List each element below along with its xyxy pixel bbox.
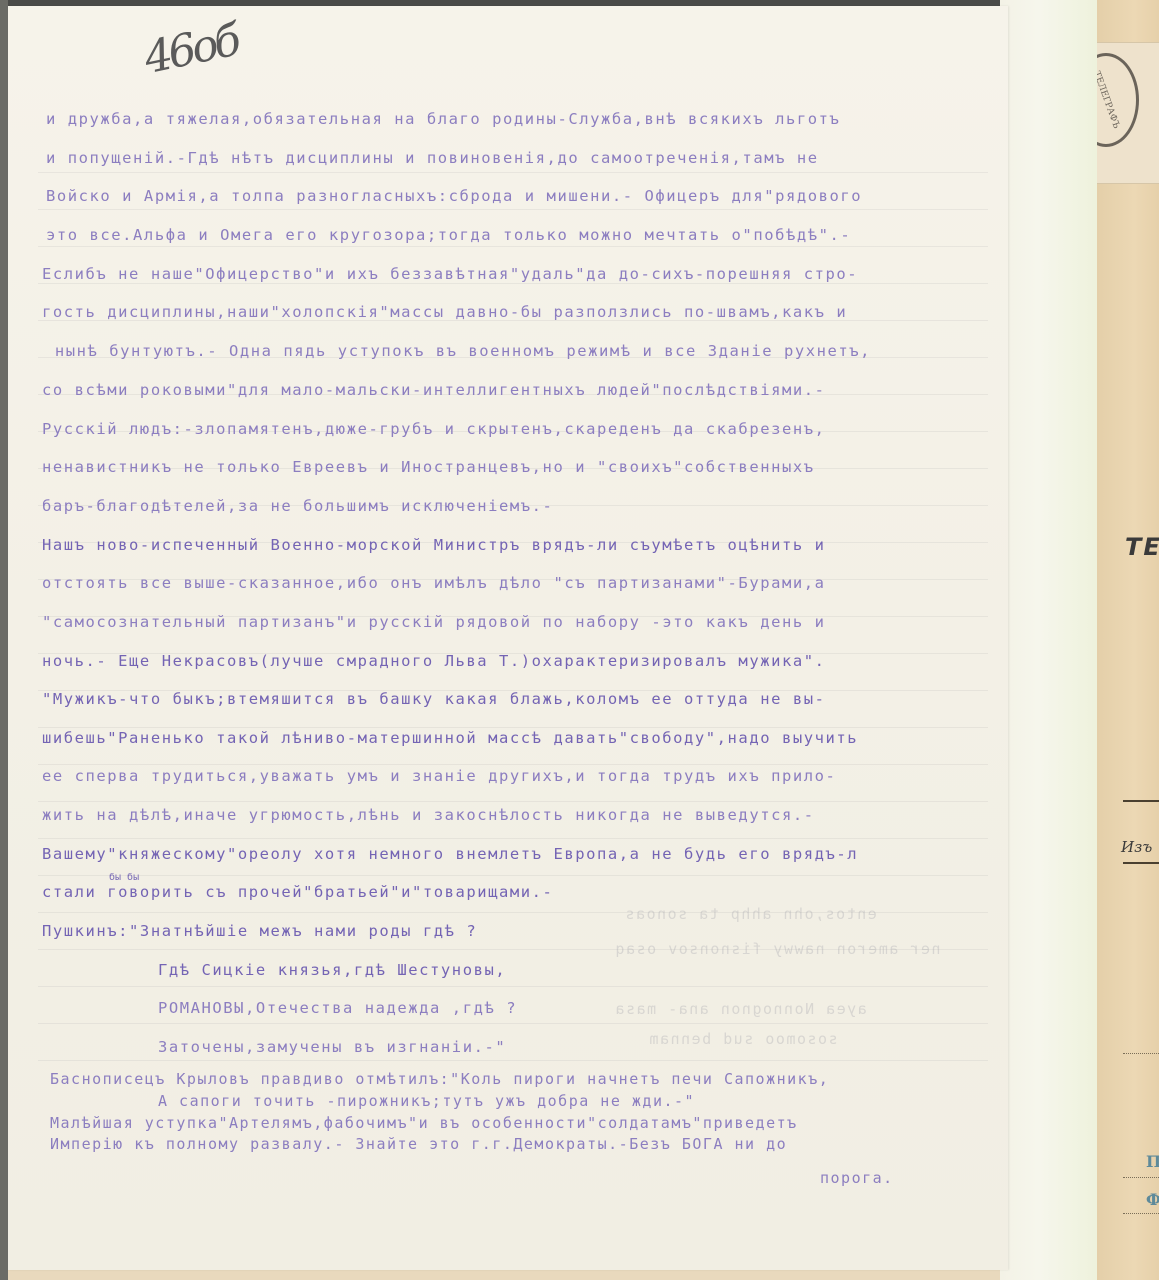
form-heading: ТЕ	[1125, 533, 1159, 561]
typed-line: и попущеній.-Гдѣ нѣтъ дисциплины и повин…	[46, 149, 819, 167]
typed-line: и дружба,а тяжелая,обязательная на благо…	[46, 110, 840, 128]
typed-line: Войско и Армія,а толпа разногласныхъ:сбр…	[46, 187, 862, 205]
typed-line: баръ-благодѣтелей,за не большимъ исключе…	[42, 497, 553, 515]
form-rule	[1123, 800, 1159, 802]
bleed-through-text: entos,ohn ahhp ta sonoas	[624, 905, 877, 923]
typed-line: нынѣ бунтуютъ.- Одна пядь уступокъ въ во…	[44, 342, 871, 360]
form-rule	[1123, 862, 1159, 864]
typed-line: Нашъ ново-испеченный Военно-морской Мини…	[42, 536, 826, 554]
typed-line: гость дисциплины,наши"холопскія"массы да…	[42, 303, 847, 321]
folio-number: 46об	[140, 15, 242, 84]
typed-line: ненавистникъ не только Евреевъ и Иностра…	[42, 458, 815, 476]
typed-line: порога.	[820, 1169, 894, 1187]
poem-line: Заточены,замучены въ изгнаніи.-"	[158, 1038, 506, 1056]
typed-line: Малѣйшая уступка"Артелямъ,фабочимъ"и въ …	[50, 1114, 798, 1132]
typed-line: стали говорить съ прочей"братьей"и"товар…	[42, 883, 553, 901]
typed-page: 46об entos,ohn ahhp ta sonoas ner ameron…	[8, 6, 1008, 1270]
form-blue-letter: П	[1146, 1152, 1159, 1171]
form-dotted-line	[1123, 1213, 1159, 1214]
stamp-slip: ТЕЛЕГРАФЪ	[1092, 42, 1159, 184]
typed-line: А сапоги точить -пирожникъ;тутъ ужъ добр…	[158, 1092, 695, 1110]
bleed-through-text: sosomoo sud bennam	[648, 1030, 838, 1048]
underlying-sheet	[1000, 0, 1097, 1280]
typed-line: ночь.- Еще Некрасовъ(лучше смрадного Льв…	[42, 652, 826, 670]
typed-line: Русскій людъ:-злопамятенъ,дюже-грубъ и с…	[42, 420, 826, 438]
typed-line: Баснописецъ Крыловъ правдиво отмѣтилъ:"К…	[50, 1070, 829, 1088]
poem-line: Гдѣ Сицкіе князья,гдѣ Шестуновы,	[158, 961, 506, 979]
form-dotted-line	[1123, 1177, 1159, 1178]
telegram-form-background	[1097, 0, 1159, 1280]
bleed-through-text: ayea Nonnognon ana- masa	[614, 1000, 867, 1018]
form-from-label: Изъ	[1121, 838, 1152, 856]
typed-line: Еслибъ не наше"Офицерство"и ихъ беззавѣт…	[42, 265, 858, 283]
scan-left-edge	[0, 0, 8, 1280]
interlinear-insertion: бы бы	[109, 872, 139, 883]
typed-line: "Мужикъ-что быкъ;втемяшится въ башку как…	[42, 690, 826, 708]
typed-line: Вашему"княжескому"ореолу хотя немного вн…	[42, 845, 858, 863]
poem-line: РОМАНОВЫ,Отечества надежда ,гдѣ ?	[158, 999, 517, 1017]
form-blue-letter: Ф	[1146, 1190, 1159, 1209]
typed-line: жить на дѣлѣ,иначе угрюмость,лѣнь и зако…	[42, 806, 815, 824]
typed-line: Пушкинъ:"Знатнѣйшіе межъ нами роды гдѣ ?	[42, 922, 477, 940]
typed-line: отстоять все выше-сказанное,ибо онъ имѣл…	[42, 574, 826, 592]
typed-line: это все.Альфа и Омега его кругозора;тогд…	[46, 226, 851, 244]
typed-line: со всѣми роковыми"для мало-мальски-интел…	[42, 381, 826, 399]
bleed-through-text: ner ameron nawwy fisnonsov osaq	[614, 940, 940, 958]
typed-line: "самосознательный партизанъ"и русскій ря…	[42, 613, 826, 631]
typed-line: ее сперва трудиться,уважать умъ и знаніе…	[42, 767, 836, 785]
form-dotted-line	[1123, 1053, 1159, 1054]
typed-line: шибешь"Раненько такой лѣниво-матершинной…	[42, 729, 858, 747]
typed-line: Имперію къ полному развалу.- Знайте это …	[50, 1135, 787, 1153]
